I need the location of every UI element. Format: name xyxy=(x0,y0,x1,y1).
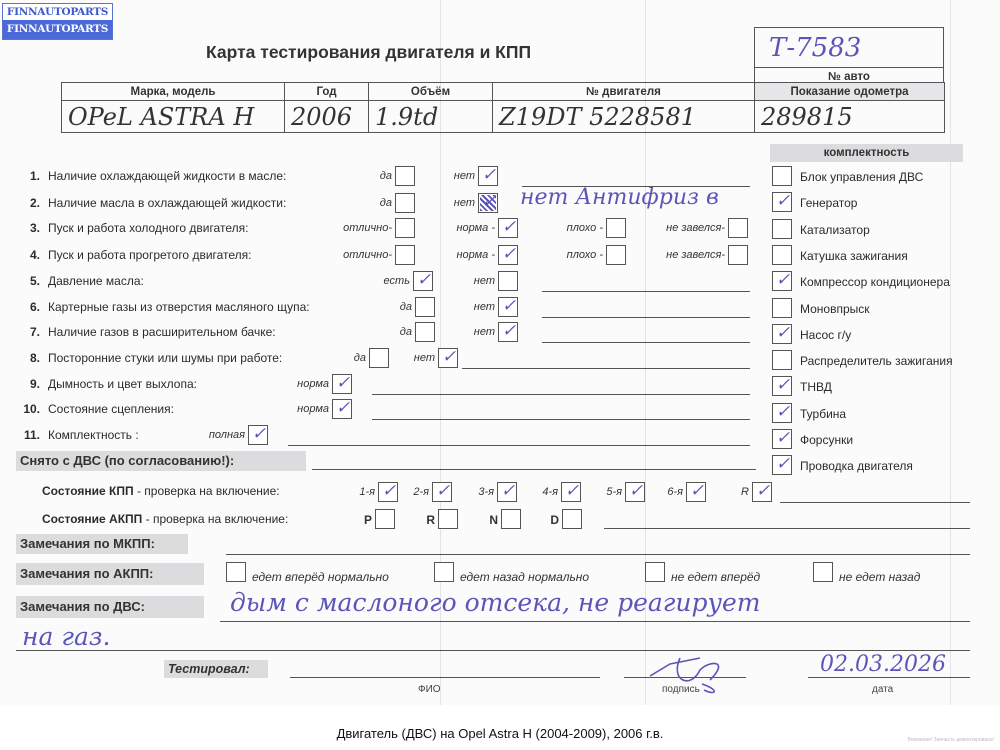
komplekt-item-11: Форсунки xyxy=(800,433,853,447)
komplekt-checkbox-9[interactable]: ✓ xyxy=(772,376,792,396)
col-volume: Объём xyxy=(369,83,493,101)
komplekt-checkbox-8[interactable] xyxy=(772,350,792,370)
check-mark-icon: ✓ xyxy=(433,479,453,503)
akpp-remark-label-2: едет назад нормально xyxy=(460,570,589,584)
volume-value: 1.9td xyxy=(369,101,493,133)
checkbox-3-3[interactable] xyxy=(606,218,626,238)
option-label-2-2: нет xyxy=(454,197,475,209)
option-label-9-1: норма xyxy=(297,378,329,390)
check-mark-icon: ✓ xyxy=(773,189,793,213)
remarks-dvs-line-2[interactable] xyxy=(16,650,970,651)
tested-label: Тестировал: xyxy=(164,660,268,678)
checkbox-3-4[interactable] xyxy=(728,218,748,238)
checkbox-1-2[interactable]: ✓ xyxy=(478,166,498,186)
komplekt-item-9: ТНВД xyxy=(800,380,832,394)
removed-line[interactable] xyxy=(312,469,756,470)
komplekt-item-6: Моновпрыск xyxy=(800,302,870,316)
option-label-3-3: плохо - xyxy=(567,222,603,234)
check-row-8: 8.Посторонние стуки или шумы при работе: xyxy=(18,351,282,365)
akpp-mode-checkbox-1[interactable] xyxy=(375,509,395,529)
komplekt-checkbox-12[interactable]: ✓ xyxy=(772,455,792,475)
kpp-label-bold: Состояние КПП xyxy=(42,484,134,498)
remarks-dvs-line2: на газ. xyxy=(22,622,110,651)
check-number: 10. xyxy=(18,402,40,416)
checkbox-6-1[interactable] xyxy=(415,297,435,317)
auto-number-box: Т-7583 № авто xyxy=(754,27,944,87)
check-mark-icon: ✓ xyxy=(687,479,707,503)
komplektnost-header: комплектность xyxy=(770,144,963,162)
option-label-8-1: да xyxy=(354,352,366,364)
remarks-dvs-label: Замечания по ДВС: xyxy=(16,596,204,618)
checkbox-2-1[interactable] xyxy=(395,193,415,213)
option-label-10-1: норма xyxy=(297,403,329,415)
check-row-7: 7.Наличие газов в расширительном бачке: xyxy=(18,325,276,339)
date-line[interactable] xyxy=(808,677,970,678)
gear-label-7: R xyxy=(741,486,749,498)
check-number: 1. xyxy=(18,169,40,183)
komplekt-checkbox-4[interactable] xyxy=(772,245,792,265)
option-label-1-2: нет xyxy=(454,170,475,182)
checkbox-4-1[interactable] xyxy=(395,245,415,265)
akpp-mode-label-3: N xyxy=(489,513,498,527)
check-mark-icon: ✓ xyxy=(379,479,399,503)
note-line-6[interactable] xyxy=(542,317,750,318)
check-label: Наличие масла в охлаждающей жидкости: xyxy=(48,196,286,210)
gear-checkbox-7[interactable]: ✓ xyxy=(752,482,772,502)
akpp-mode-label-2: R xyxy=(426,513,435,527)
kpp-note-line[interactable] xyxy=(780,502,970,503)
check-label: Дымность и цвет выхлопа: xyxy=(48,377,197,391)
auto-number-value: Т-7583 xyxy=(755,28,943,68)
checkbox-3-2[interactable]: ✓ xyxy=(498,218,518,238)
check-mark-icon: ✓ xyxy=(499,242,519,266)
komplekt-item-7: Насос г/у xyxy=(800,328,851,342)
remarks-mkpp-line[interactable] xyxy=(226,554,970,555)
komplekt-item-4: Катушка зажигания xyxy=(800,249,908,263)
check-mark-icon: ✓ xyxy=(773,321,793,345)
note-line-7[interactable] xyxy=(542,342,750,343)
checkbox-7-2[interactable]: ✓ xyxy=(498,322,518,342)
remarks-dvs-line-1[interactable] xyxy=(220,621,970,622)
checkbox-10-1[interactable]: ✓ xyxy=(332,399,352,419)
check-label: Наличие газов в расширительном бачке: xyxy=(48,325,276,339)
col-engine-no: № двигателя xyxy=(493,83,755,101)
remarks-akpp-label: Замечания по АКПП: xyxy=(16,563,204,585)
check-label: Давление масла: xyxy=(48,274,144,288)
kpp-label: Состояние КПП - проверка на включение: xyxy=(42,484,280,498)
brand-model-value: OPeL ASTRA H xyxy=(62,101,285,133)
check-label: Пуск и работа прогретого двигателя: xyxy=(48,248,252,262)
date-caption: дата xyxy=(872,684,893,695)
check-mark-icon: ✓ xyxy=(773,452,793,476)
komplekt-item-3: Катализатор xyxy=(800,223,870,237)
option-label-7-1: да xyxy=(400,326,412,338)
fio-line[interactable] xyxy=(290,677,600,678)
akpp-mode-checkbox-3[interactable] xyxy=(501,509,521,529)
akpp-remark-checkbox-2[interactable] xyxy=(434,562,454,582)
komplekt-item-2: Генератор xyxy=(800,196,857,210)
option-label-6-1: да xyxy=(400,301,412,313)
check-row-6: 6.Картерные газы из отверстия масляного … xyxy=(18,300,310,314)
fio-caption: ФИО xyxy=(418,684,441,695)
col-year: Год xyxy=(285,83,369,101)
komplekt-item-5: Компрессор кондиционера xyxy=(800,275,950,289)
check-row-2: 2.Наличие масла в охлаждающей жидкости: xyxy=(18,196,286,210)
checkbox-4-3[interactable] xyxy=(606,245,626,265)
check-mark-icon: ✓ xyxy=(499,215,519,239)
check-number: 9. xyxy=(18,377,40,391)
option-label-4-1: отлично- xyxy=(343,249,392,261)
akpp-remark-label-3: не едет вперёд xyxy=(671,570,760,584)
remarks-mkpp-label: Замечания по МКПП: xyxy=(16,534,188,554)
check-label: Комплектность : xyxy=(48,428,139,442)
check-label: Картерные газы из отверстия масляного щу… xyxy=(48,300,310,314)
option-label-6-2: нет xyxy=(474,301,495,313)
check-number: 6. xyxy=(18,300,40,314)
col-brand-model: Марка, модель xyxy=(62,83,285,101)
option-label-3-1: отлично- xyxy=(343,222,392,234)
remarks-dvs-line1: дым с маслоного отсека, не реагирует xyxy=(230,588,761,617)
check-row-5: 5.Давление масла: xyxy=(18,274,144,288)
gear-label-6: 6-я xyxy=(667,486,683,498)
akpp-remark-checkbox-4[interactable] xyxy=(813,562,833,582)
note-line-10[interactable] xyxy=(372,419,750,420)
check-label: Состояние сцепления: xyxy=(48,402,174,416)
gear-label-4: 4-я xyxy=(542,486,558,498)
check-mark-icon: ✓ xyxy=(773,400,793,424)
form-title: Карта тестирования двигателя и КПП xyxy=(206,42,531,63)
checkbox-7-1[interactable] xyxy=(415,322,435,342)
akpp-remark-label-1: едет вперёд нормально xyxy=(252,570,389,584)
handwritten-note-2: нет Антифриз в xyxy=(520,185,719,210)
check-mark-icon: ✓ xyxy=(773,268,793,292)
option-label-4-3: плохо - xyxy=(567,249,603,261)
note-line-8[interactable] xyxy=(462,368,750,369)
check-label: Пуск и работа холодного двигателя: xyxy=(48,221,248,235)
check-number: 3. xyxy=(18,221,40,235)
akpp-remark-label-4: не едет назад xyxy=(839,570,920,584)
gear-label-5: 5-я xyxy=(606,486,622,498)
col-odometer: Показание одометра xyxy=(755,83,945,101)
option-label-3-2: норма - xyxy=(456,222,495,234)
komplekt-checkbox-6[interactable] xyxy=(772,298,792,318)
checkbox-5-2[interactable] xyxy=(498,271,518,291)
year-value: 2006 xyxy=(285,101,369,133)
check-mark-icon: ✓ xyxy=(249,422,269,446)
check-label: Посторонние стуки или шумы при работе: xyxy=(48,351,282,365)
check-mark-icon: ✓ xyxy=(479,163,499,187)
check-mark-icon: ✓ xyxy=(479,190,499,214)
komplekt-checkbox-10[interactable]: ✓ xyxy=(772,403,792,423)
komplekt-item-1: Блок управления ДВС xyxy=(800,170,923,184)
check-mark-icon: ✓ xyxy=(333,371,353,395)
check-number: 8. xyxy=(18,351,40,365)
option-label-4-2: норма - xyxy=(456,249,495,261)
gear-label-3: 3-я xyxy=(478,486,494,498)
check-mark-icon: ✓ xyxy=(626,479,646,503)
checkbox-2-2[interactable]: ✓ xyxy=(478,193,498,213)
gear-checkbox-3[interactable]: ✓ xyxy=(497,482,517,502)
akpp-label: Состояние АКПП - проверка на включение: xyxy=(42,512,288,526)
gear-label-2: 2-я xyxy=(413,486,429,498)
checkbox-6-2[interactable]: ✓ xyxy=(498,297,518,317)
note-line-9[interactable] xyxy=(372,394,750,395)
akpp-mode-label-4: D xyxy=(550,513,559,527)
akpp-label-rest: - проверка на включение: xyxy=(142,512,288,526)
option-label-4-4: не завелся- xyxy=(666,249,725,261)
check-row-9: 9.Дымность и цвет выхлопа: xyxy=(18,377,197,391)
logo-line-2: FINNAUTOPARTS xyxy=(3,20,112,39)
check-number: 2. xyxy=(18,196,40,210)
akpp-mode-checkbox-4[interactable] xyxy=(562,509,582,529)
komplekt-checkbox-3[interactable] xyxy=(772,219,792,239)
removed-label: Снято с ДВС (по согласованию!): xyxy=(16,451,306,471)
gear-label-1: 1-я xyxy=(359,486,375,498)
gear-checkbox-6[interactable]: ✓ xyxy=(686,482,706,502)
check-mark-icon: ✓ xyxy=(773,426,793,450)
gear-checkbox-1[interactable]: ✓ xyxy=(378,482,398,502)
option-label-5-1: есть xyxy=(384,275,410,287)
watermark: Внимание! Запчасть демонтирована! xyxy=(907,737,994,743)
check-row-3: 3.Пуск и работа холодного двигателя: xyxy=(18,221,248,235)
check-mark-icon: ✓ xyxy=(562,479,582,503)
komplekt-checkbox-2[interactable]: ✓ xyxy=(772,192,792,212)
check-number: 4. xyxy=(18,248,40,262)
check-row-10: 10.Состояние сцепления: xyxy=(18,402,174,416)
komplekt-checkbox-1[interactable] xyxy=(772,166,792,186)
option-label-1-1: да xyxy=(380,170,392,182)
check-mark-icon: ✓ xyxy=(333,396,353,420)
check-number: 5. xyxy=(18,274,40,288)
check-label: Наличие охлаждающей жидкости в масле: xyxy=(48,169,286,183)
option-label-11-1: полная xyxy=(209,429,245,441)
gear-checkbox-2[interactable]: ✓ xyxy=(432,482,452,502)
komplekt-checkbox-5[interactable]: ✓ xyxy=(772,271,792,291)
komplekt-item-10: Турбина xyxy=(800,407,846,421)
option-label-7-2: нет xyxy=(474,326,495,338)
checkbox-4-2[interactable]: ✓ xyxy=(498,245,518,265)
check-number: 11. xyxy=(18,428,40,442)
photo-caption: Двигатель (ДВС) на Opel Astra H (2004-20… xyxy=(0,726,1000,741)
check-number: 7. xyxy=(18,325,40,339)
akpp-mode-label-1: P xyxy=(364,513,372,527)
akpp-remark-checkbox-3[interactable] xyxy=(645,562,665,582)
note-line-5[interactable] xyxy=(542,291,750,292)
checkbox-4-4[interactable] xyxy=(728,245,748,265)
check-row-4: 4.Пуск и работа прогретого двигателя: xyxy=(18,248,252,262)
option-label-3-4: не завелся- xyxy=(666,222,725,234)
vehicle-info-table: Марка, модель Год Объём № двигателя Пока… xyxy=(61,82,945,133)
komplekt-checkbox-7[interactable]: ✓ xyxy=(772,324,792,344)
check-mark-icon: ✓ xyxy=(499,319,519,343)
checkbox-5-1[interactable]: ✓ xyxy=(413,271,433,291)
checkbox-11-1[interactable]: ✓ xyxy=(248,425,268,445)
date-value: 02.03.2026 xyxy=(820,652,946,677)
check-mark-icon: ✓ xyxy=(498,479,518,503)
check-mark-icon: ✓ xyxy=(439,345,459,369)
note-line-11[interactable] xyxy=(288,445,750,446)
check-row-11: 11.Комплектность : xyxy=(18,428,139,442)
logo-line-1: FINNAUTOPARTS xyxy=(3,4,112,20)
komplekt-item-8: Распределитель зажигания xyxy=(800,354,953,368)
gear-checkbox-4[interactable]: ✓ xyxy=(561,482,581,502)
komplekt-item-12: Проводка двигателя xyxy=(800,459,913,473)
akpp-remark-checkbox-1[interactable] xyxy=(226,562,246,582)
check-mark-icon: ✓ xyxy=(499,294,519,318)
signature-caption: подпись xyxy=(662,684,700,695)
komplekt-checkbox-11[interactable]: ✓ xyxy=(772,429,792,449)
option-label-2-1: да xyxy=(380,197,392,209)
checkbox-8-2[interactable]: ✓ xyxy=(438,348,458,368)
checkbox-9-1[interactable]: ✓ xyxy=(332,374,352,394)
check-mark-icon: ✓ xyxy=(773,373,793,397)
option-label-8-2: нет xyxy=(414,352,435,364)
checkbox-8-1[interactable] xyxy=(369,348,389,368)
finnautoparts-logo: FINNAUTOPARTS FINNAUTOPARTS xyxy=(2,3,113,40)
check-mark-icon: ✓ xyxy=(753,479,773,503)
akpp-mode-checkbox-2[interactable] xyxy=(438,509,458,529)
akpp-note-line[interactable] xyxy=(604,528,970,529)
gear-checkbox-5[interactable]: ✓ xyxy=(625,482,645,502)
option-label-5-2: нет xyxy=(474,275,495,287)
check-mark-icon: ✓ xyxy=(414,268,434,292)
odometer-value: 289815 xyxy=(755,101,945,133)
checkbox-3-1[interactable] xyxy=(395,218,415,238)
kpp-label-rest: - проверка на включение: xyxy=(134,484,280,498)
check-row-1: 1.Наличие охлаждающей жидкости в масле: xyxy=(18,169,286,183)
checkbox-1-1[interactable] xyxy=(395,166,415,186)
engine-no-value: Z19DT 5228581 xyxy=(493,101,755,133)
akpp-label-bold: Состояние АКПП xyxy=(42,512,142,526)
